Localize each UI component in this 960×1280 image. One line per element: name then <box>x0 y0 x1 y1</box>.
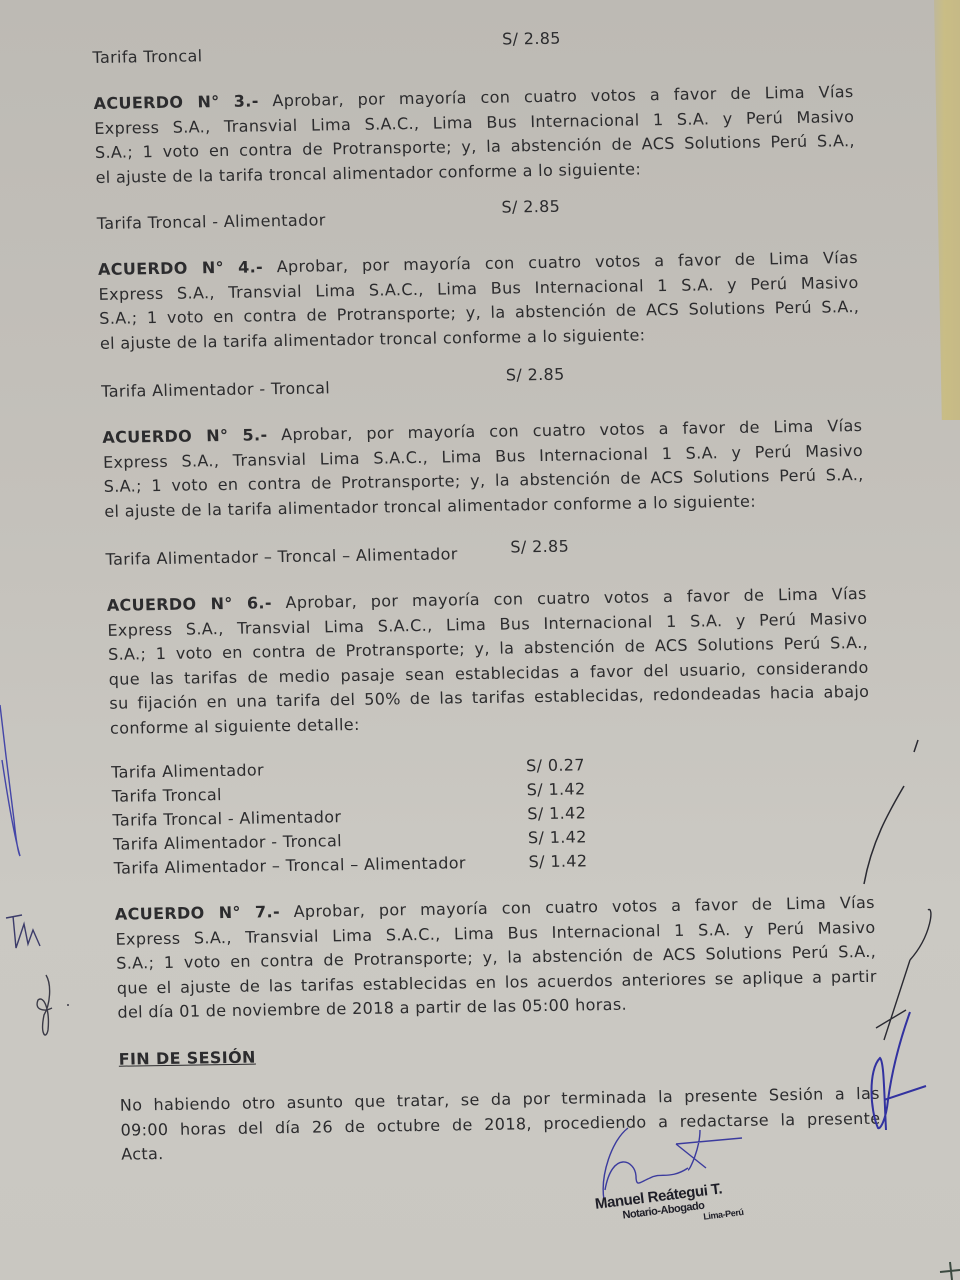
rate-value: S/ 2.85 <box>501 195 561 230</box>
acuerdo-heading: ACUERDO N° 3.- <box>93 91 259 113</box>
rate-value: S/ 1.42 <box>526 777 585 802</box>
margin-initials-tm <box>6 915 40 948</box>
rate-row: Tarifa Alimentador - Troncal S/ 2.85 <box>101 368 862 404</box>
acuerdo-heading: ACUERDO N° 7.- <box>115 902 281 924</box>
rate-row: Tarifa Alimentador – Troncal – Alimentad… <box>105 536 866 572</box>
acuerdo-heading: ACUERDO N° 6.- <box>107 593 273 615</box>
corner-mark <box>940 1262 960 1280</box>
rate-row: Tarifa Troncal - Alimentador S/ 2.85 <box>97 200 858 236</box>
closing-paragraph: No habiendo otro asunto que tratar, se d… <box>120 1082 882 1167</box>
acuerdo-5: ACUERDO N° 5.- Aprobar, por mayoría con … <box>102 414 866 572</box>
margin-signature-right-black <box>876 909 931 1040</box>
adjacent-sheet-edge <box>934 0 960 420</box>
rate-value: S/ 1.42 <box>528 825 587 850</box>
rate-value: S/ 2.85 <box>506 363 566 398</box>
rate-label: Tarifa Alimentador – Troncal – Alimentad… <box>113 850 529 881</box>
acta-body: Tarifa Troncal S/ 2.85 ACUERDO N° 3.- Ap… <box>92 28 881 1167</box>
acuerdo-4: ACUERDO N° 4.- Aprobar, por mayoría con … <box>98 246 862 404</box>
rate-value: S/ 2.85 <box>510 535 569 566</box>
rate-value: S/ 1.42 <box>527 801 586 826</box>
margin-stroke-right-1 <box>914 740 918 752</box>
acuerdo-6: ACUERDO N° 6.- Aprobar, por mayoría con … <box>107 582 874 881</box>
rate-row-tarifa-troncal: Tarifa Troncal S/ 2.85 <box>92 34 853 70</box>
rate-value: S/ 0.27 <box>526 753 585 778</box>
acuerdo-7: ACUERDO N° 7.- Aprobar, por mayoría con … <box>115 891 878 1025</box>
rate-label: Tarifa Troncal - Alimentador <box>97 206 503 236</box>
rate-value: S/ 2.85 <box>502 27 562 64</box>
acuerdo-heading: ACUERDO N° 4.- <box>98 257 264 279</box>
fin-de-sesion-heading: FIN DE SESIÓN <box>118 1035 879 1071</box>
rate-value: S/ 1.42 <box>528 849 587 874</box>
rate-label: Tarifa Troncal <box>92 40 503 70</box>
notary-stamp: Manuel Reátegui T. Notario-Abogado Lima-… <box>594 1178 744 1235</box>
margin-signature-blue-left <box>0 705 20 856</box>
margin-initials-f <box>37 975 52 1035</box>
scanned-document-page: Tarifa Troncal S/ 2.85 ACUERDO N° 3.- Ap… <box>0 0 960 1280</box>
rate-label: Tarifa Alimentador – Troncal – Alimentad… <box>105 541 511 571</box>
half-fare-detail-list: Tarifa Alimentador S/ 0.27 Tarifa Tronca… <box>111 749 874 881</box>
rate-label: Tarifa Alimentador - Troncal <box>101 374 507 404</box>
acuerdo-3: ACUERDO N° 3.- Aprobar, por mayoría con … <box>93 80 857 236</box>
acuerdo-heading: ACUERDO N° 5.- <box>102 425 268 447</box>
